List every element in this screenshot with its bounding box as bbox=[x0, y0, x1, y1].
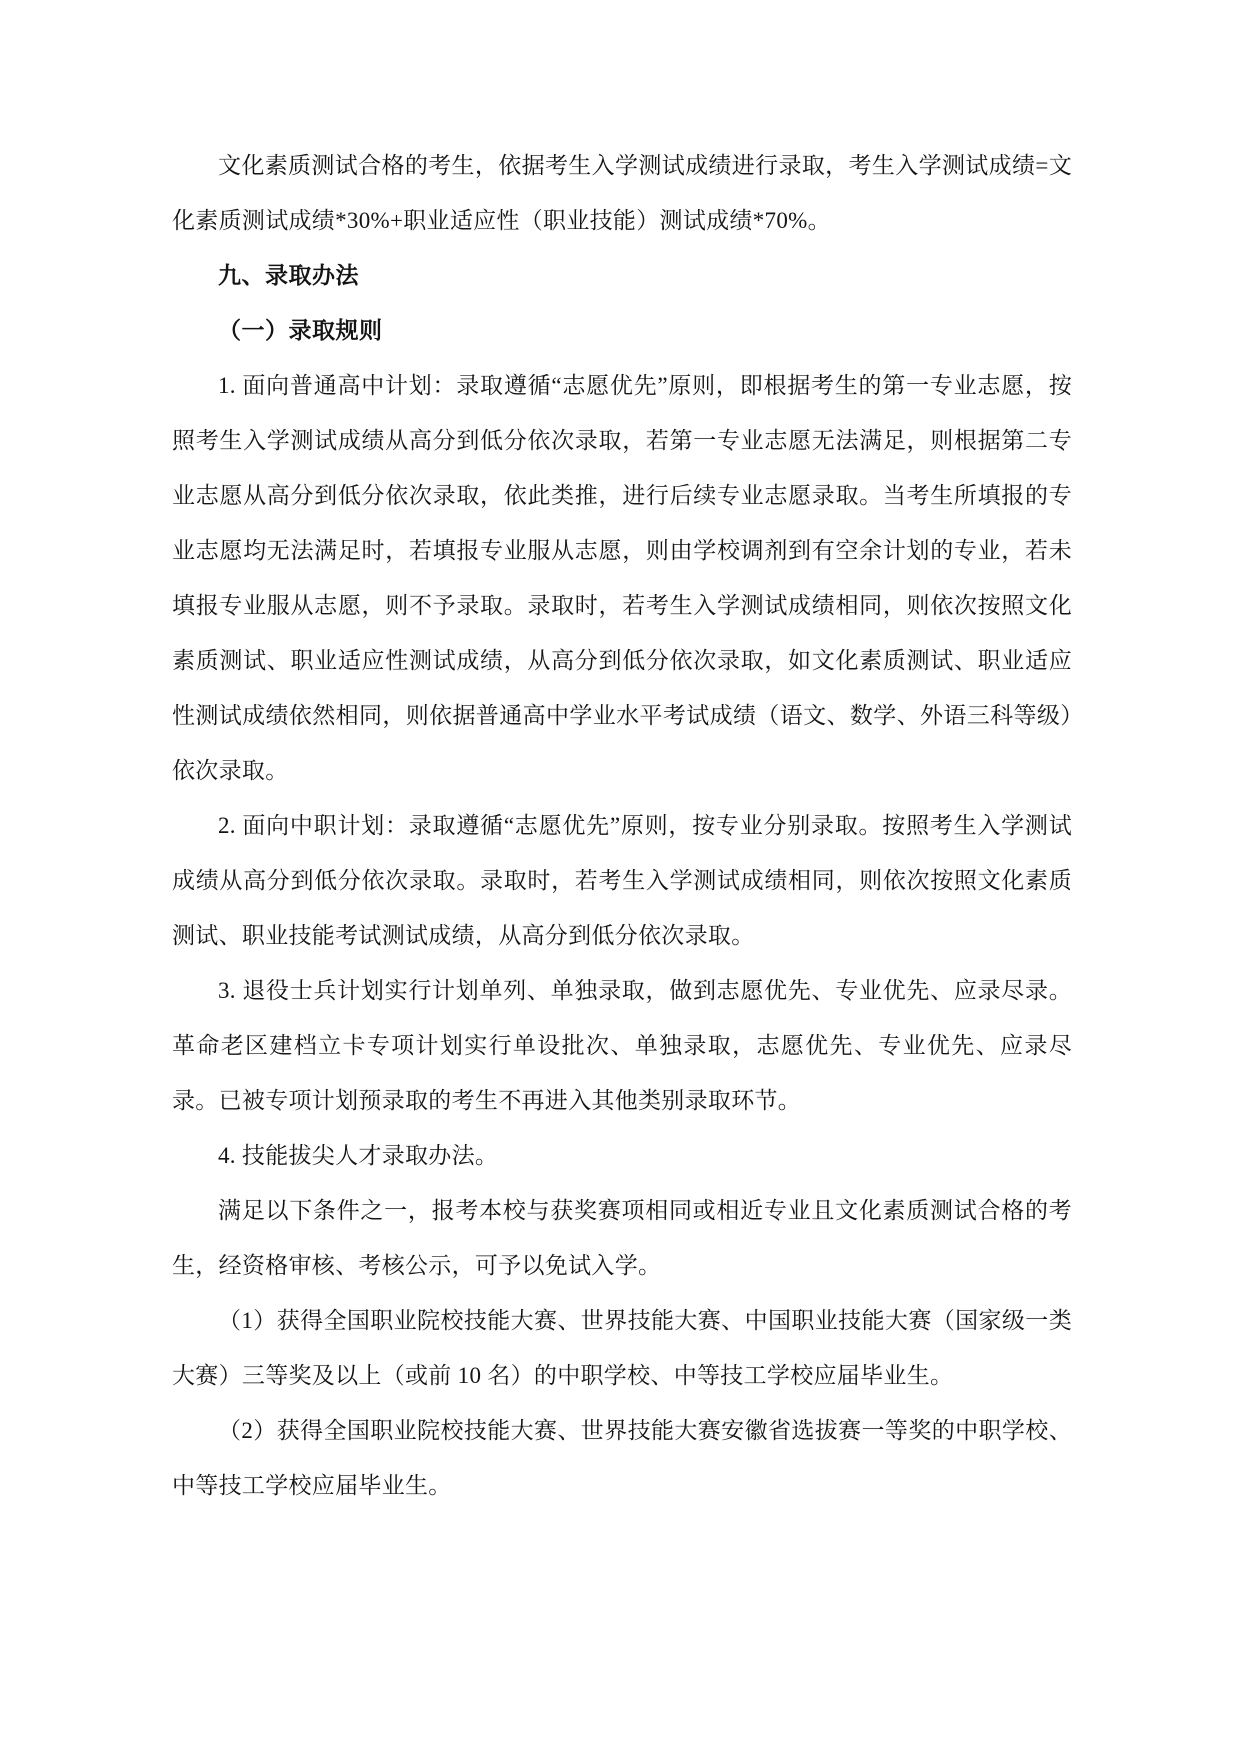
paragraph-admission-score-formula: 文化素质测试合格的考生，依据考生入学测试成绩进行录取，考生入学测试成绩=文化素质… bbox=[172, 138, 1072, 248]
paragraph-condition-2-anhui-selection-competitions: （2）获得全国职业院校技能大赛、世界技能大赛安徽省选拔赛一等奖的中职学校、中等技… bbox=[172, 1403, 1072, 1513]
paragraph-condition-1-national-competitions: （1）获得全国职业院校技能大赛、世界技能大赛、中国职业技能大赛（国家级一类大赛）… bbox=[172, 1293, 1072, 1403]
paragraph-rule-3-veterans-and-special-plans: 3. 退役士兵计划实行计划单列、单独录取，做到志愿优先、专业优先、应录尽录。革命… bbox=[172, 963, 1072, 1128]
paragraph-rule-1-general-high-school-plan: 1. 面向普通高中计划：录取遵循“志愿优先”原则，即根据考生的第一专业志愿，按照… bbox=[172, 358, 1072, 798]
heading-section-nine-admission-methods: 九、录取办法 bbox=[172, 248, 1072, 303]
document-page: 文化素质测试合格的考生，依据考生入学测试成绩进行录取，考生入学测试成绩=文化素质… bbox=[0, 0, 1241, 1755]
paragraph-rule-2-secondary-vocational-plan: 2. 面向中职计划：录取遵循“志愿优先”原则，按专业分别录取。按照考生入学测试成… bbox=[172, 798, 1072, 963]
document-body: 文化素质测试合格的考生，依据考生入学测试成绩进行录取，考生入学测试成绩=文化素质… bbox=[172, 138, 1072, 1513]
paragraph-exemption-conditions-intro: 满足以下条件之一，报考本校与获奖赛项相同或相近专业且文化素质测试合格的考生，经资… bbox=[172, 1183, 1072, 1293]
heading-subsection-admission-rules: （一）录取规则 bbox=[172, 303, 1072, 358]
paragraph-rule-4-top-skilled-talent: 4. 技能拔尖人才录取办法。 bbox=[172, 1128, 1072, 1183]
